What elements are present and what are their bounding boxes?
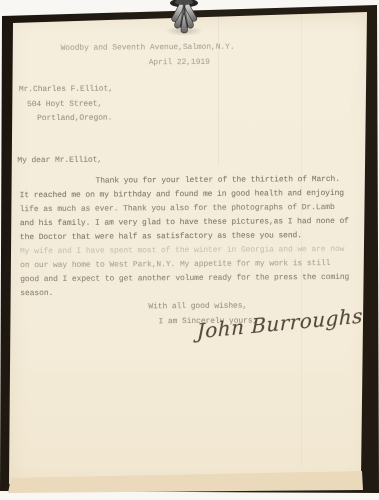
- heading-address: Woodby and Seventh Avenue,Salmon,N.Y.: [61, 43, 235, 54]
- body-line-8: good and I expect to get another volume …: [20, 273, 349, 285]
- letter-photo: Woodby and Seventh Avenue,Salmon,N.Y. Ap…: [0, 0, 379, 500]
- letter-text: Woodby and Seventh Avenue,Salmon,N.Y. Ap…: [0, 0, 379, 500]
- body-line-5: the Doctor that were half as satisfactor…: [20, 231, 302, 243]
- salutation: My dear Mr.Elliot,: [17, 156, 102, 167]
- body-line-6-faded: My wife and I have spent most of the win…: [20, 245, 344, 257]
- recipient-city: Portland,Oregon.: [37, 114, 112, 125]
- metal-clip-icon: [160, 0, 208, 36]
- recipient-street: 504 Hoyt Street,: [27, 100, 102, 111]
- body-line-7-faded: on our way home to West Park,N.Y. My app…: [20, 259, 330, 271]
- recipient-name: Mr.Charles F.Elliot,: [19, 85, 113, 96]
- closing-wishes: With all good wishes,: [148, 302, 247, 313]
- body-line-3: life as much as ever. Thank you also for…: [20, 203, 335, 215]
- body-line-2: It reached me on my birthday and found m…: [20, 189, 344, 201]
- body-line-4: and his family. I am very glad to have t…: [20, 217, 349, 229]
- body-line-9: season.: [20, 289, 53, 299]
- body-line-1: Thank you for your letter of the thirtie…: [95, 175, 340, 187]
- heading-date: April 22,1919: [149, 58, 210, 68]
